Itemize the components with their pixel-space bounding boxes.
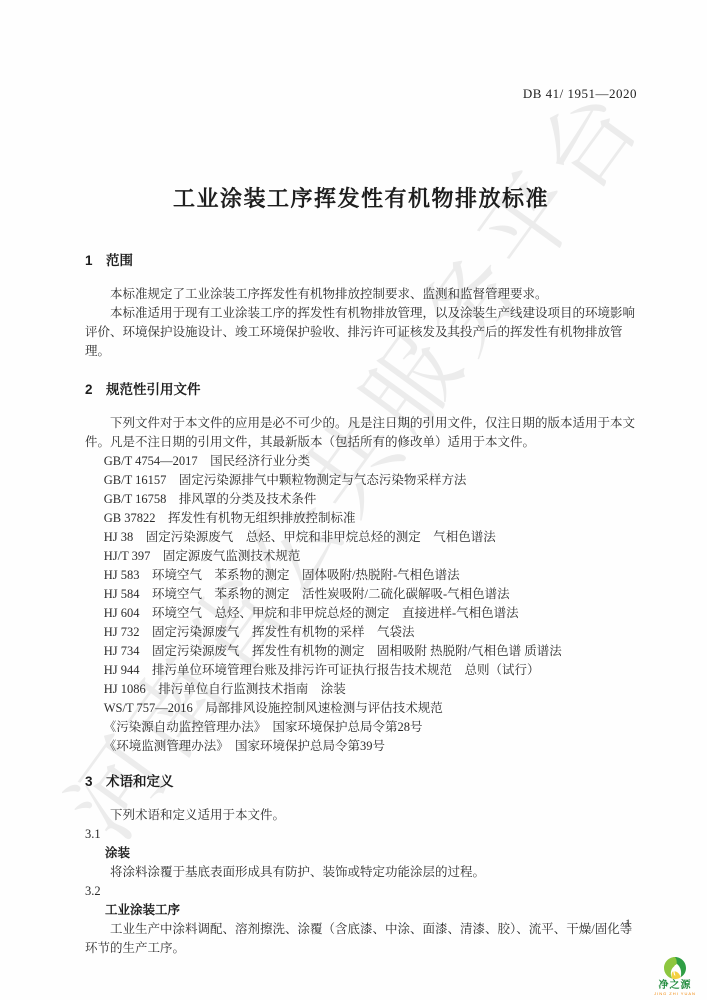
page-content: DB 41/ 1951—2020 工业涂装工序挥发性有机物排放标准 1 范围 本… bbox=[0, 0, 707, 1000]
logo-subtext: JING ZHI YUAN bbox=[649, 992, 701, 996]
reference-item: 《污染源自动监控管理办法》 国家环境保护总局令第28号 bbox=[85, 718, 637, 737]
reference-item: 《环境监测管理办法》 国家环境保护总局令第39号 bbox=[85, 737, 637, 756]
term-definition: 将涂料涂覆于基底表面形成具有防护、装饰或特定功能涂层的过程。 bbox=[85, 863, 637, 882]
page-number: 1 bbox=[625, 916, 631, 931]
reference-item: HJ 38 固定污染源废气 总烃、甲烷和非甲烷总烃的测定 气相色谱法 bbox=[85, 528, 637, 547]
reference-item: HJ 944 排污单位环境管理台账及排污许可证执行报告技术规范 总则（试行） bbox=[85, 661, 637, 680]
term-number: 3.1 bbox=[85, 825, 637, 844]
reference-item: HJ/T 397 固定源废气监测技术规范 bbox=[85, 547, 637, 566]
page-title: 工业涂装工序挥发性有机物排放标准 bbox=[85, 182, 637, 213]
section1-heading: 1 范围 bbox=[85, 249, 637, 269]
reference-item: HJ 584 环境空气 苯系物的测定 活性炭吸附/二硫化碳解吸-气相色谱法 bbox=[85, 585, 637, 604]
section2-heading: 2 规范性引用文件 bbox=[85, 378, 637, 398]
document-page: 河南省公共服务平台 DB 41/ 1951—2020 工业涂装工序挥发性有机物排… bbox=[0, 0, 707, 1000]
term-name: 工业涂装工序 bbox=[85, 901, 637, 920]
reference-item: WS/T 757—2016 局部排风设施控制风速检测与评估技术规范 bbox=[85, 699, 637, 718]
section2-intro: 下列文件对于本文件的应用是必不可少的。凡是注日期的引用文件，仅注日期的版本适用于… bbox=[85, 414, 637, 452]
reference-item: HJ 583 环境空气 苯系物的测定 固体吸附/热脱附-气相色谱法 bbox=[85, 566, 637, 585]
logo-text: 净之源 bbox=[649, 981, 701, 991]
reference-item: GB/T 4754—2017 国民经济行业分类 bbox=[85, 452, 637, 471]
section1-paragraph: 本标准适用于现有工业涂装工序的挥发性有机物排放管理，以及涂装生产线建设项目的环境… bbox=[85, 304, 637, 361]
term-number: 3.2 bbox=[85, 882, 637, 901]
leaf-globe-icon bbox=[649, 956, 701, 980]
term-name: 涂装 bbox=[85, 844, 637, 863]
reference-item: HJ 1086 排污单位自行监测技术指南 涂装 bbox=[85, 680, 637, 699]
reference-item: GB/T 16157 固定污染源排气中颗粒物测定与气态污染物采样方法 bbox=[85, 471, 637, 490]
publisher-logo: 净之源 JING ZHI YUAN bbox=[649, 956, 701, 996]
section1-paragraph: 本标准规定了工业涂装工序挥发性有机物排放控制要求、监测和监督管理要求。 bbox=[85, 285, 637, 304]
reference-item: HJ 732 固定污染源废气 挥发性有机物的采样 气袋法 bbox=[85, 623, 637, 642]
reference-item: GB/T 16758 排风罩的分类及技术条件 bbox=[85, 490, 637, 509]
reference-item: GB 37822 挥发性有机物无组织排放控制标准 bbox=[85, 509, 637, 528]
reference-item: HJ 604 环境空气 总烃、甲烷和非甲烷总烃的测定 直接进样-气相色谱法 bbox=[85, 604, 637, 623]
doc-number: DB 41/ 1951—2020 bbox=[85, 86, 637, 102]
reference-item: HJ 734 固定污染源废气 挥发性有机物的测定 固相吸附 热脱附/气相色谱 质… bbox=[85, 642, 637, 661]
section3-intro: 下列术语和定义适用于本文件。 bbox=[85, 806, 637, 825]
section3-heading: 3 术语和定义 bbox=[85, 770, 637, 790]
term-definition: 工业生产中涂料调配、溶剂擦洗、涂覆（含底漆、中涂、面漆、清漆、胶）、流平、干燥/… bbox=[85, 920, 637, 958]
